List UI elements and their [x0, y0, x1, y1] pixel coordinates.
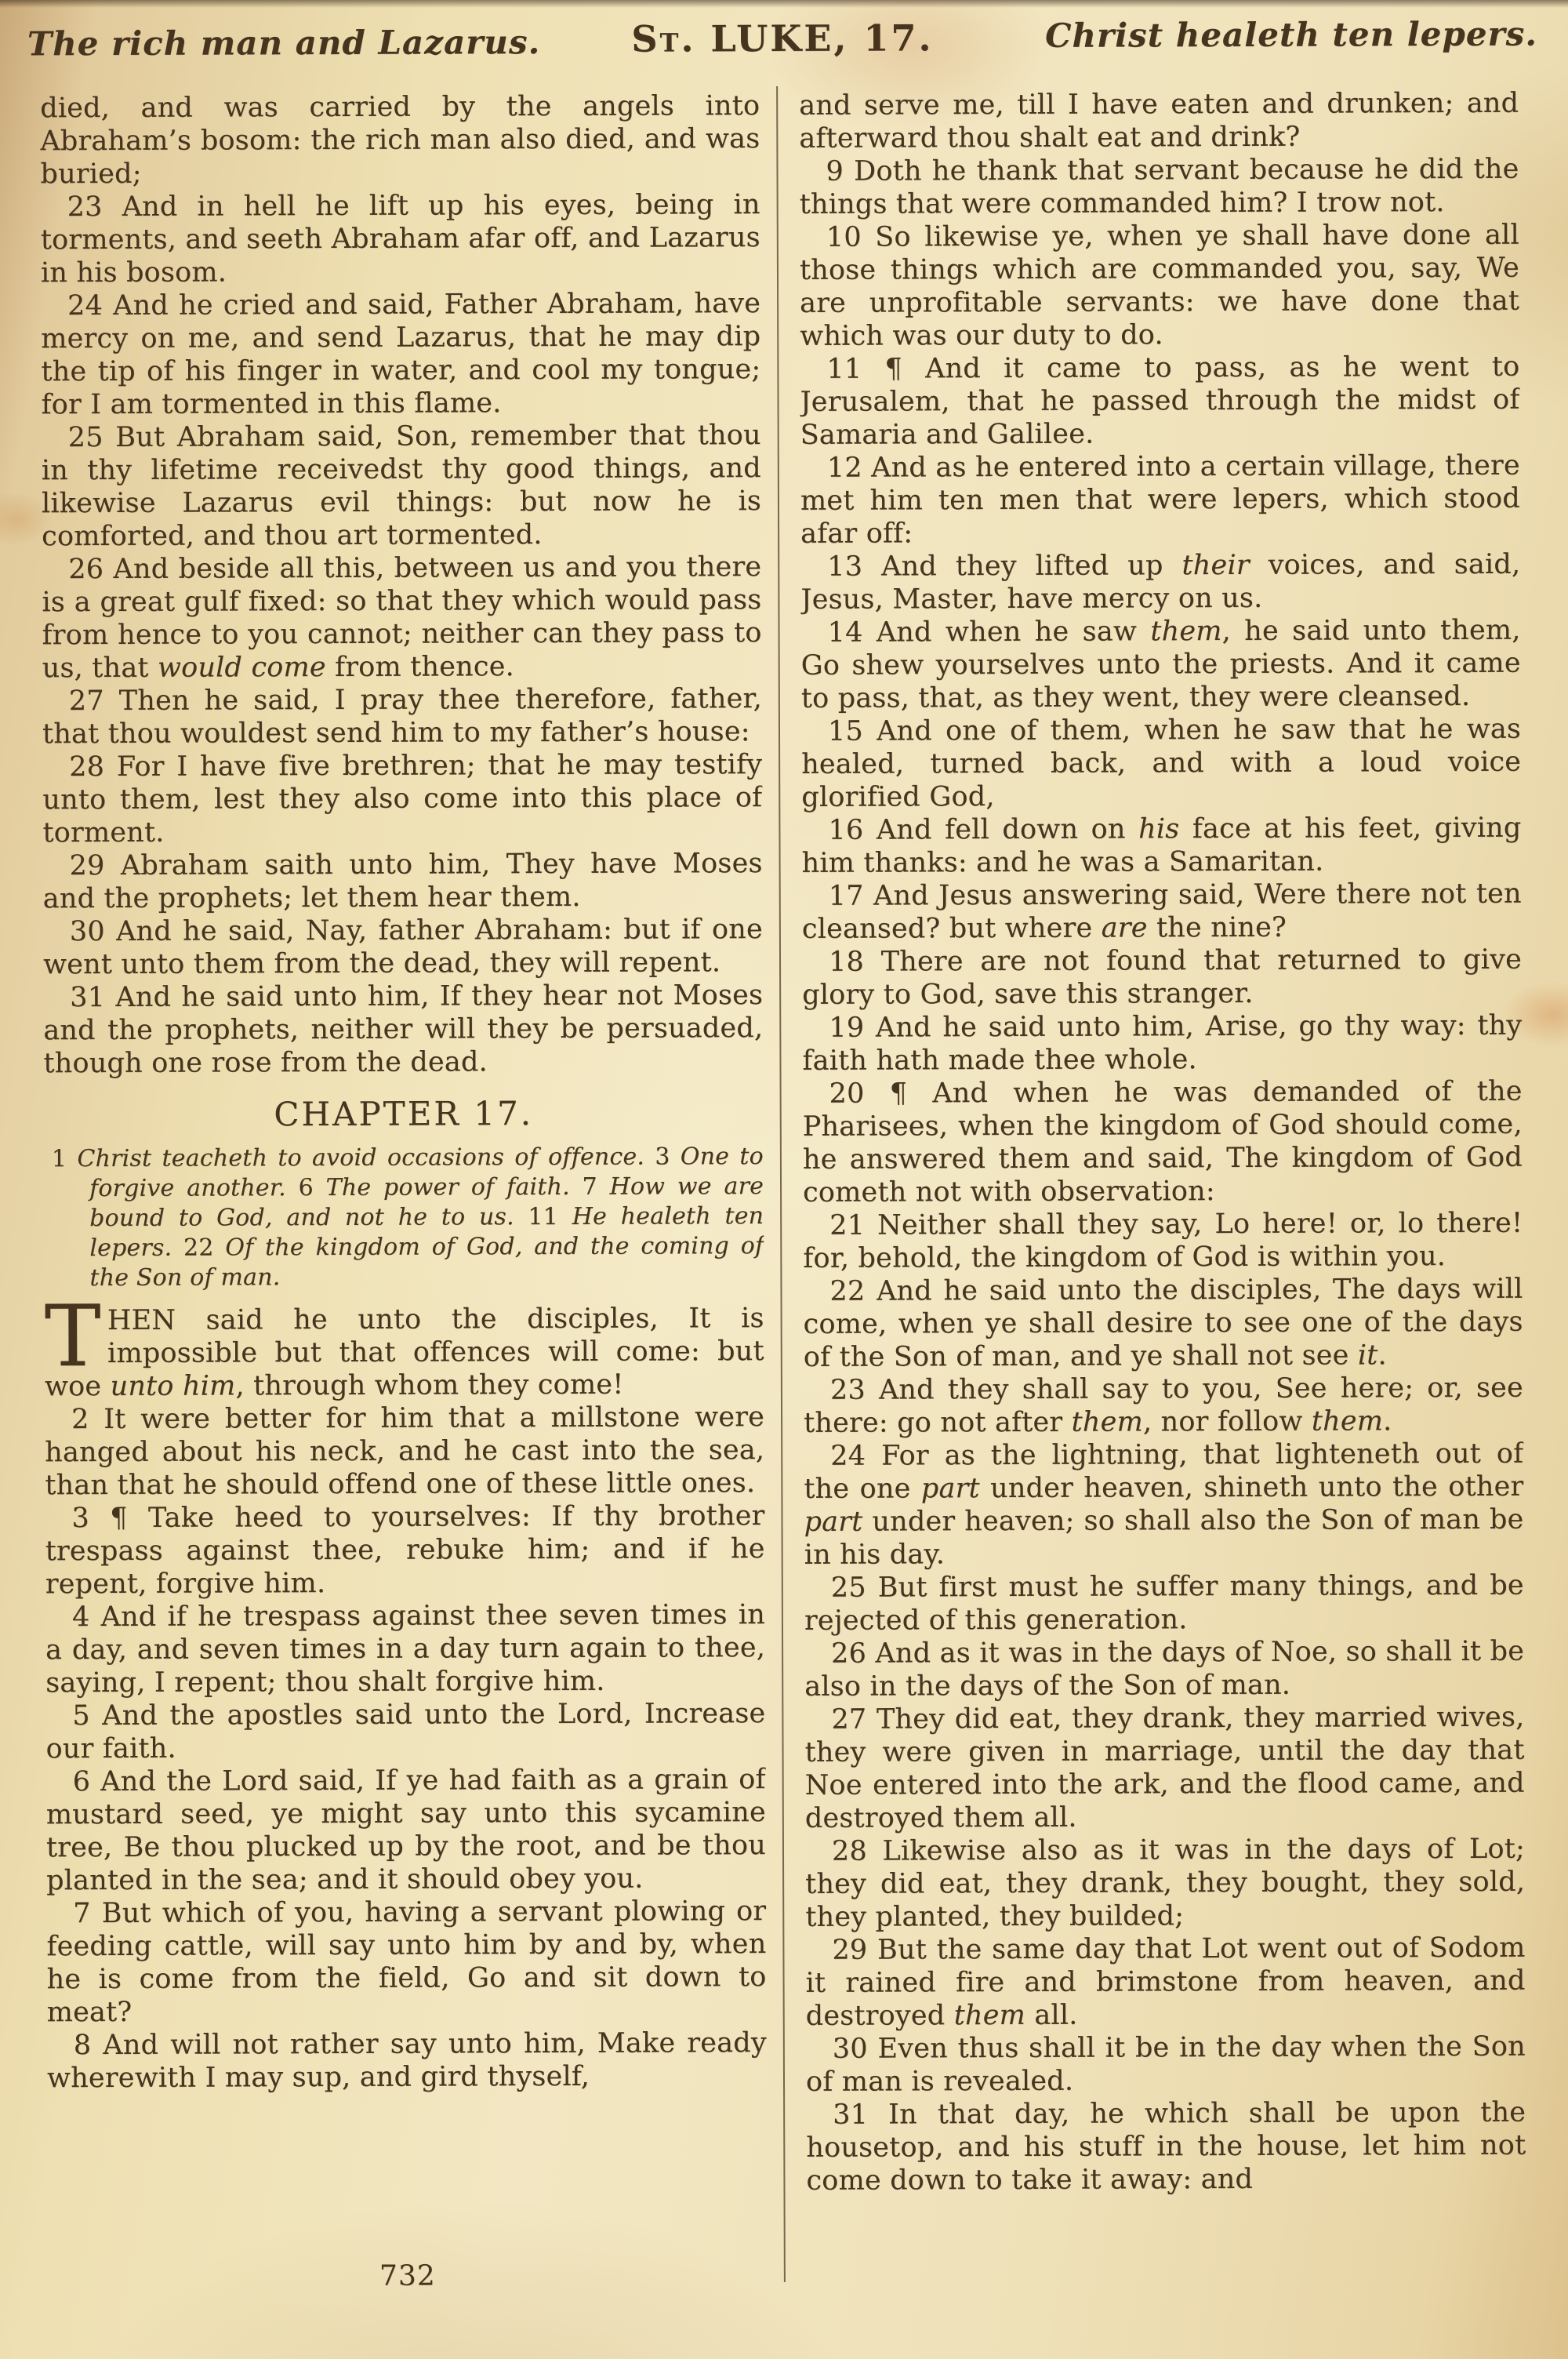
verse-paragraph: 28 Likewise also as it was in the days o…: [805, 1833, 1525, 1934]
verse-paragraph: 17 And Jesus answering said, Were there …: [802, 878, 1522, 946]
verse-paragraph: 14 And when he saw them, he said unto th…: [800, 614, 1520, 715]
verse-number: 30: [833, 2034, 878, 2065]
verse-paragraph: 22 And he said unto the disciples, The d…: [803, 1273, 1523, 1374]
verse-paragraph: THEN said he unto the disciples, It is i…: [45, 1302, 764, 1403]
verse-number: 5: [72, 1700, 102, 1732]
verse-paragraph: 24 For as the lightning, that lighteneth…: [804, 1438, 1524, 1572]
verse-number: 14: [827, 617, 876, 649]
verse-paragraph: 25 But first must he suffer many things,…: [804, 1569, 1524, 1637]
pilcrow-mark: ¶: [110, 1503, 148, 1534]
column-2: and serve me, till I have eaten and drun…: [799, 87, 1526, 2282]
verse-number: 22: [829, 1276, 877, 1307]
verse-paragraph: 24 And he cried and said, Father Abraham…: [41, 287, 761, 421]
verse-paragraph: 26 And beside all this, between us and y…: [42, 551, 762, 685]
verse-paragraph: 30 Even thus shall it be in the day when…: [806, 2030, 1526, 2099]
pilcrow-mark: ¶: [890, 1078, 933, 1109]
verse-number: 29: [832, 1935, 877, 1966]
verse-paragraph: 3 ¶ Take heed to yourselves: If thy brot…: [45, 1499, 764, 1601]
chapter-heading: CHAPTER 17.: [44, 1096, 764, 1132]
verse-number: 15: [828, 716, 877, 747]
verse-paragraph: 29 Abraham saith unto him, They have Mos…: [43, 847, 763, 915]
verse-paragraph: 16 And fell down on his face at his feet…: [801, 812, 1521, 880]
verse-paragraph: 31 And he said unto him, If they hear no…: [43, 979, 763, 1080]
verse-paragraph: 21 Neither shall they say, Lo here! or, …: [803, 1207, 1523, 1275]
verse-number: 23: [830, 1375, 879, 1406]
verse-number: 12: [827, 453, 871, 484]
verse-number: 24: [67, 290, 113, 322]
verse-paragraph: 19 And he said unto him, Arise, go thy w…: [802, 1009, 1522, 1078]
verse-number: 18: [829, 947, 881, 978]
verse-paragraph: 11 ¶ And it came to pass, as he went to …: [800, 351, 1519, 452]
verse-paragraph: 18 There are not found that returned to …: [802, 943, 1522, 1012]
page-number: 732: [48, 2259, 768, 2293]
continuation-paragraph: and serve me, till I have eaten and drun…: [799, 87, 1519, 155]
verse-paragraph: 20 ¶ And when he was demanded of the Pha…: [803, 1075, 1523, 1209]
verse-paragraph: 2 It were better for him that a millston…: [45, 1401, 764, 1502]
verse-paragraph: 23 And they shall say to you, See here; …: [804, 1372, 1523, 1440]
verse-number: 28: [69, 751, 117, 783]
verse-number: 31: [70, 982, 115, 1013]
verse-paragraph: 23 And in hell he lift up his eyes, bein…: [41, 188, 760, 289]
verse-paragraph: 4 And if he trespass against thee seven …: [45, 1598, 765, 1699]
verse-number: 9: [826, 156, 854, 187]
verse-number: 30: [70, 916, 116, 947]
verse-number: 13: [827, 551, 881, 583]
pilcrow-mark: ¶: [884, 353, 925, 384]
verse-paragraph: 12 And as he entered into a certain vill…: [800, 449, 1520, 551]
drop-cap: T: [45, 1304, 108, 1369]
verse-number: 25: [68, 422, 116, 453]
verse-number: 10: [826, 222, 876, 253]
running-header-right: Christ healeth ten lepers.: [1045, 15, 1537, 55]
verse-number: 6: [73, 1766, 101, 1797]
column-1: died, and was carried by the angels into…: [40, 89, 768, 2284]
verse-number: 4: [72, 1601, 101, 1633]
verse-number: 26: [831, 1638, 875, 1670]
verse-number: 26: [68, 554, 113, 585]
verse-number: 7: [73, 1898, 102, 1929]
verse-number: 19: [829, 1012, 876, 1044]
running-header-center: St. LUKE, 17.: [631, 16, 933, 60]
verse-paragraph: 9 Doth he thank that servant because he …: [799, 153, 1519, 221]
chapter-summary: 1 Christ teacheth to avoid occasions of …: [44, 1142, 764, 1293]
verse-number: 17: [829, 881, 873, 912]
verse-number: 31: [833, 2099, 888, 2131]
verse-number: 24: [830, 1441, 881, 1472]
verse-paragraph: 7 But which of you, having a servant plo…: [46, 1895, 767, 2029]
verse-number: 28: [832, 1836, 883, 1867]
verse-paragraph: 29 But the same day that Lot went out of…: [805, 1932, 1525, 2033]
running-header: The rich man and Lazarus. St. LUKE, 17. …: [27, 15, 1537, 75]
verse-paragraph: 30 And he said, Nay, father Abraham: but…: [43, 913, 763, 981]
verse-number: 11: [826, 354, 884, 385]
verse-paragraph: 25 But Abraham said, Son, remember that …: [42, 419, 762, 553]
verse-number: 25: [831, 1572, 878, 1604]
verse-paragraph: 6 And the Lord said, If ye had faith as …: [46, 1763, 767, 1897]
verse-number: 23: [67, 191, 122, 223]
verse-number: 16: [828, 815, 877, 846]
verse-number: 8: [74, 2030, 103, 2061]
verse-number: 3: [71, 1503, 110, 1534]
verse-number: 29: [70, 850, 121, 881]
verse-paragraph: 13 And they lifted up their voices, and …: [800, 548, 1520, 616]
verse-paragraph: 31 In that day, he which shall be upon t…: [806, 2096, 1526, 2197]
verse-paragraph: 28 For I have five brethren; that he may…: [42, 748, 762, 849]
verse-number: 2: [71, 1404, 103, 1435]
verse-paragraph: 5 And the apostles said unto the Lord, I…: [45, 1697, 765, 1765]
verse-paragraph: 10 So likewise ye, when ye shall have do…: [800, 219, 1520, 353]
verse-paragraph: 26 And as it was in the days of Noe, so …: [804, 1635, 1524, 1703]
bible-page: The rich man and Lazarus. St. LUKE, 17. …: [0, 0, 1568, 2359]
running-header-left: The rich man and Lazarus.: [27, 23, 540, 63]
continuation-paragraph: died, and was carried by the angels into…: [40, 89, 760, 191]
verse-number: 27: [831, 1704, 877, 1736]
verse-paragraph: 27 Then he said, I pray thee therefore, …: [42, 682, 762, 751]
verse-paragraph: 27 They did eat, they drank, they marrie…: [804, 1701, 1525, 1835]
verse-number: 20: [829, 1078, 890, 1110]
verse-paragraph: 8 And will not rather say unto him, Make…: [47, 2026, 767, 2095]
verse-number: 27: [69, 685, 119, 717]
verse-number: 21: [829, 1210, 877, 1241]
verse-paragraph: 15 And one of them, when he saw that he …: [801, 713, 1521, 814]
column-divider-rule: [776, 86, 786, 2282]
page-content: The rich man and Lazarus. St. LUKE, 17. …: [0, 0, 1568, 2359]
